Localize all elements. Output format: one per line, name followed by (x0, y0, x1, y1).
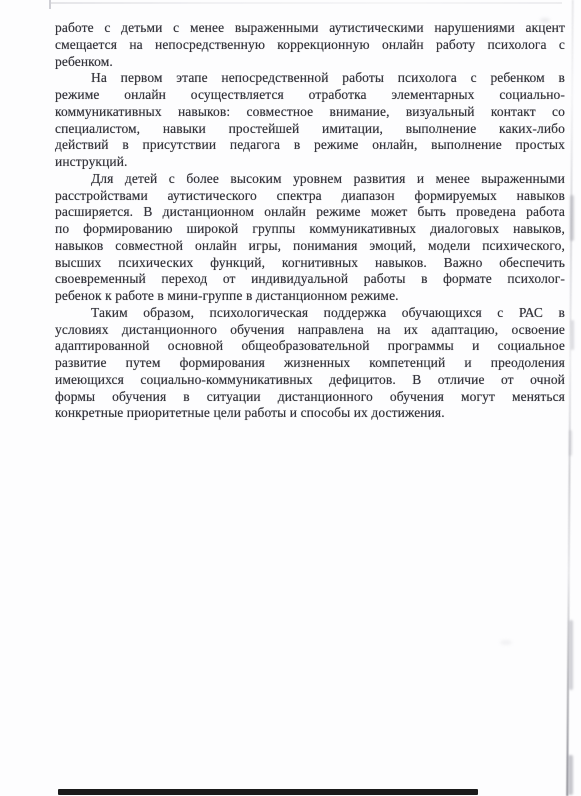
text-line: высших психических функций, когнитивных … (55, 255, 565, 272)
scan-artifact-top-edge-line (50, 2, 562, 4)
text-line: по формированию широкой группы коммуника… (55, 221, 565, 238)
text-line: расширяется. В дистанционном онлайн режи… (55, 204, 565, 221)
document-text: работе с детьми с менее выраженными аути… (55, 20, 565, 422)
text-line: коммуникативных навыков: совместное вним… (55, 104, 565, 121)
text-line: Таким образом, психологическая поддержка… (55, 305, 565, 322)
scan-artifact-smudge (568, 755, 573, 795)
scan-artifact-smudge (500, 640, 512, 645)
text-line: действий в присутствии педагога в режиме… (55, 137, 565, 154)
paragraph-3: Для детей с более высоким уровнем развит… (55, 171, 565, 305)
text-line: инструкций. (55, 154, 565, 171)
scanned-document-page: работе с детьми с менее выраженными аути… (0, 0, 581, 796)
scan-artifact-right-edge-streak (566, 0, 574, 796)
paragraph-1: работе с детьми с менее выраженными аути… (55, 20, 565, 70)
scan-artifact-smudge (571, 320, 574, 350)
scan-artifact-smudge (569, 430, 572, 456)
text-line: адаптированной основной общеобразователь… (55, 338, 565, 355)
text-line: расстройствами аутистического спектра ди… (55, 188, 565, 205)
text-line: режиме онлайн осуществляется отработка э… (55, 87, 565, 104)
text-line: ребенком. (55, 54, 565, 71)
paragraph-4: Таким образом, психологическая поддержка… (55, 305, 565, 422)
text-line: специалистом, навыки простейшей имитации… (55, 121, 565, 138)
text-line: работе с детьми с менее выраженными аути… (55, 20, 565, 37)
text-line: конкретные приоритетные цели работы и сп… (55, 405, 565, 422)
text-line: Для детей с более высоким уровнем развит… (55, 171, 565, 188)
paragraph-2: На первом этапе непосредственной работы … (55, 70, 565, 171)
text-line: ребенок к работе в мини-группе в дистанц… (55, 288, 565, 305)
scan-artifact-smudge (569, 620, 573, 690)
text-line: смещается на непосредственную коррекцион… (55, 37, 565, 54)
text-line: условиях дистанционного обучения направл… (55, 322, 565, 339)
text-line: навыков совместной онлайн игры, понимани… (55, 238, 565, 255)
text-line: формы обучения в ситуации дистанционного… (55, 389, 565, 406)
scan-artifact-smudge (570, 195, 574, 241)
scan-artifact-bottom-bar (58, 789, 478, 795)
text-line: развитие путем формирования жизненных ко… (55, 355, 565, 372)
scan-artifact-top-left-tick (49, 0, 51, 9)
text-line: своевременный переход от индивидуальной … (55, 271, 565, 288)
text-line: На первом этапе непосредственной работы … (55, 70, 565, 87)
text-line: имеющихся социально-коммуникативных дефи… (55, 372, 565, 389)
